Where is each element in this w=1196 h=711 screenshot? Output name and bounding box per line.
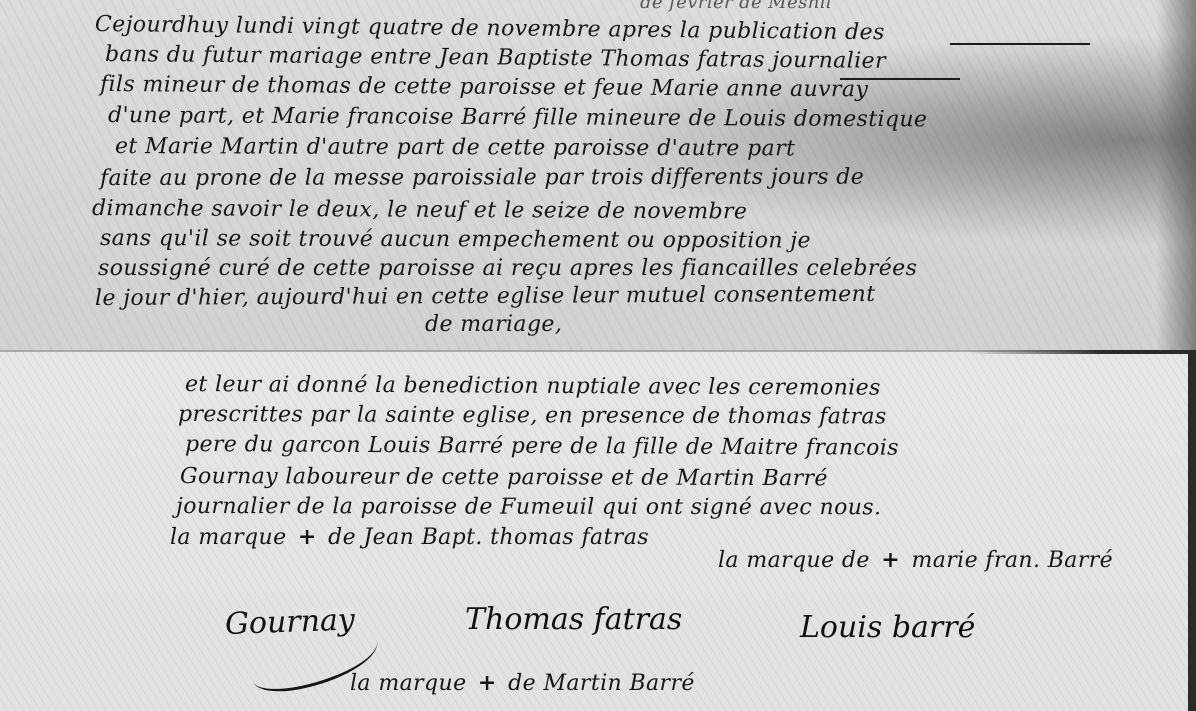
act-line-8: sans qu'il se soit trouvé aucun empechem… [100,226,811,253]
mark-witness: la marque + de Martin Barré [350,670,695,696]
mark-groom: la marque + de Jean Bapt. thomas fatras [170,524,649,550]
scanned-register-page: de fevrier de Mesnil Cejourdhuy lundi vi… [0,0,1196,711]
name-underline [950,43,1090,45]
page-edge [1188,352,1196,711]
mark-name: de Martin Barré [508,671,695,696]
act-line-1: Cejourdhuy lundi vingt quatre de novembr… [95,12,885,45]
signature-thomas-fatras: Thomas fatras [465,602,682,637]
act-line-7: dimanche savoir le deux, le neuf et le s… [92,196,747,224]
header-fragment: de fevrier de Mesnil [640,0,832,13]
act-line-4: d'une part, et Marie francoise Barré fil… [108,103,928,132]
continuation-line-1: et leur ai donné la benediction nuptiale… [185,372,881,401]
continuation-line-2: prescrittes par la sainte eglise, en pre… [178,402,887,429]
page-edge-shadow [1156,0,1196,350]
continuation-line-3: pere du garcon Louis Barré pere de la fi… [185,432,899,461]
page-edge-top [966,350,1196,354]
signature-louis-barre: Louis barré [800,610,975,645]
act-line-9: soussigné curé de cette paroisse ai reçu… [98,256,917,281]
act-line-6: faite au prone de la messe paroissiale p… [100,165,864,191]
mark-label: la marque [350,671,467,696]
cross-mark-icon: + [877,547,904,573]
continuation-line-5: journalier de la paroisse de Fumeuil qui… [176,494,881,520]
mark-name: marie fran. Barré [911,548,1113,573]
act-line-3: fils mineur de thomas de cette paroisse … [100,72,868,102]
cross-mark-icon: + [474,670,501,696]
mark-label: la marque [170,525,287,550]
act-line-5: et Marie Martin d'autre part de cette pa… [115,134,795,161]
continuation-line-4: Gournay laboureur de cette paroisse et d… [180,464,828,491]
cross-mark-icon: + [294,524,321,550]
mark-bride: la marque de + marie fran. Barré [718,547,1113,573]
register-lower-section: et leur ai donné la benediction nuptiale… [0,350,1196,711]
act-line-2: bans du futur mariage entre Jean Baptist… [105,42,886,74]
name-underline [840,78,960,80]
act-line-10: le jour d'hier, aujourd'hui en cette egl… [95,282,876,311]
mark-name: de Jean Bapt. thomas fatras [328,525,649,550]
register-upper-section: de fevrier de Mesnil Cejourdhuy lundi vi… [0,0,1196,350]
mark-label: la marque de [718,548,870,573]
act-line-11: de mariage, [425,312,562,337]
